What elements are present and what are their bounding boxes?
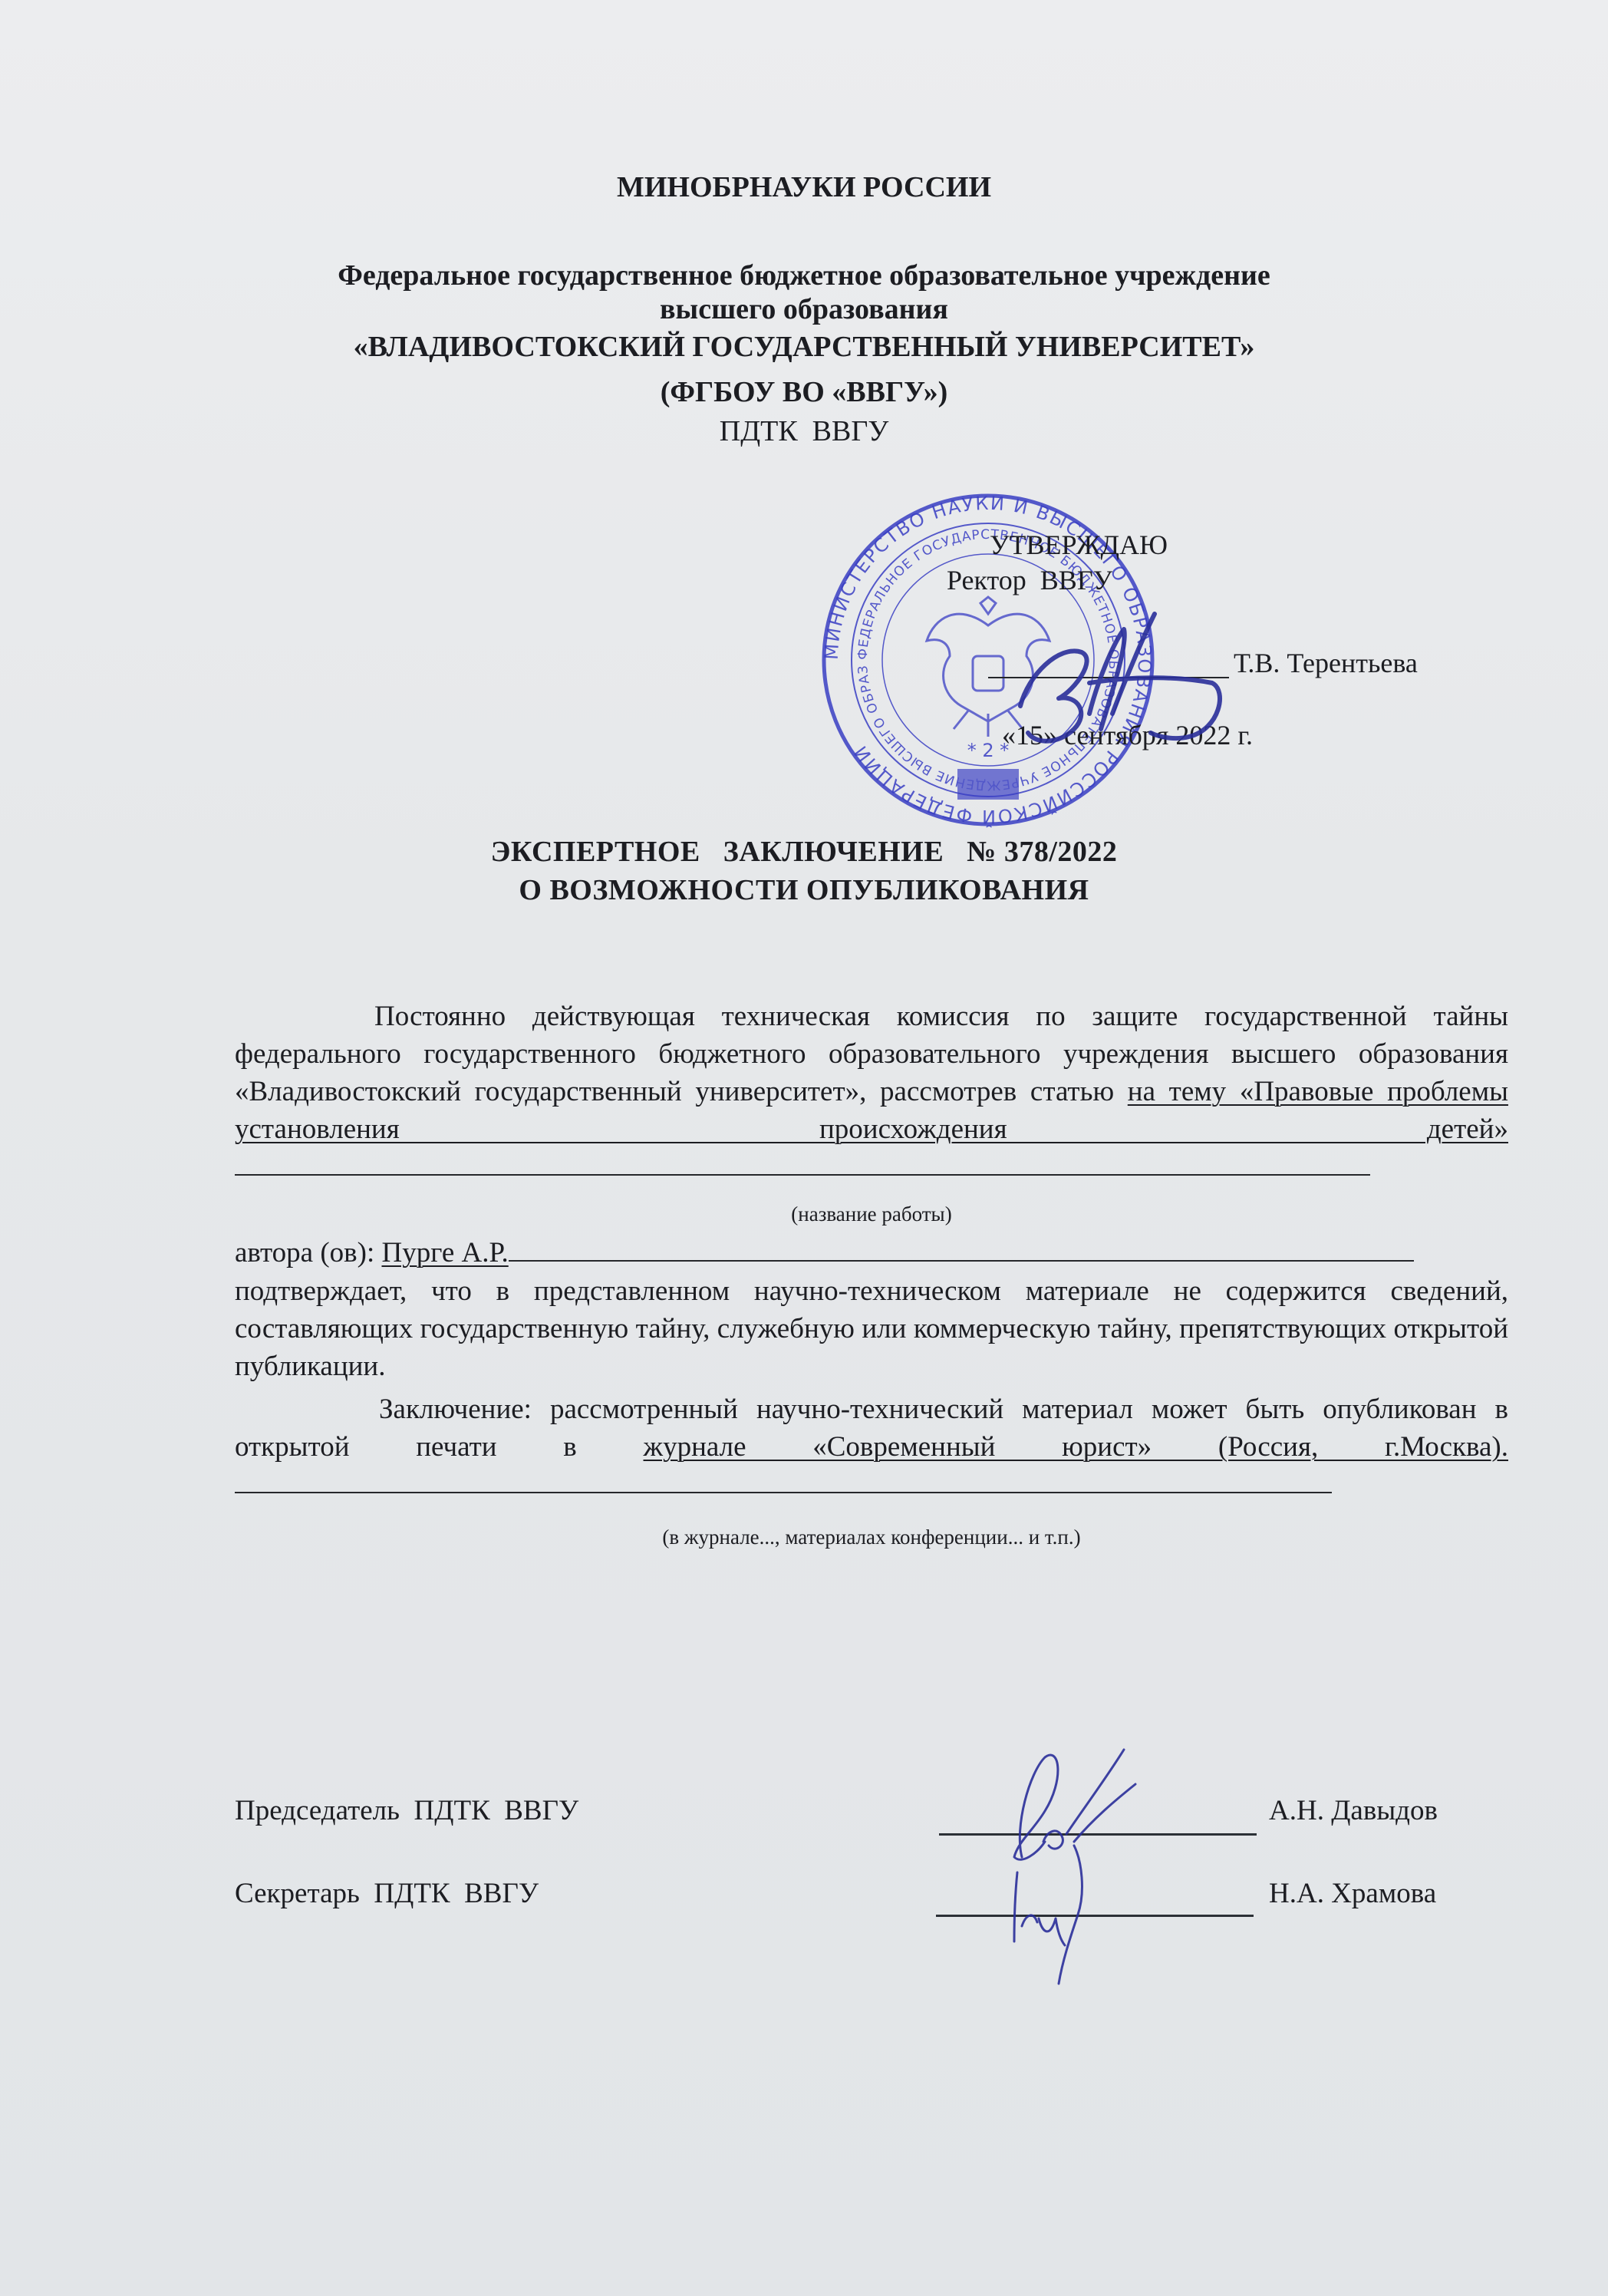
approve-word: УТВЕРЖДАЮ [990, 528, 1168, 562]
secretary-role: Секретарь ПДТК ВВГУ [235, 1877, 539, 1910]
chairman-signature-line [939, 1833, 1257, 1836]
approver-position: Ректор ВВГУ [947, 563, 1112, 597]
ministry-heading: МИНОБРНАУКИ РОССИИ [0, 170, 1608, 204]
conclusion-paragraph: Заключение: рассмотренный научно-техниче… [235, 1390, 1508, 1503]
confirmation-paragraph: подтверждает, что в представленном научн… [235, 1272, 1508, 1385]
university-name: «ВЛАДИВОСТОКСКИЙ ГОСУДАРСТВЕННЫЙ УНИВЕРС… [0, 330, 1608, 364]
author-label: автора (ов): [235, 1237, 381, 1268]
author-line: автора (ов): Пурге А.Р. [235, 1234, 1508, 1272]
secretary-signature-line [936, 1915, 1254, 1917]
publication-value: журнале «Современный юрист» (Россия, г.М… [644, 1431, 1508, 1463]
institution-line-2: высшего образования [0, 292, 1608, 326]
approver-name: Т.В. Терентьева [1234, 646, 1418, 680]
chairman-signature-icon [990, 1734, 1235, 1988]
institution-line-1: Федеральное государственное бюджетное об… [0, 259, 1608, 292]
department-name: ПДТК ВВГУ [0, 414, 1608, 448]
chairman-name: А.Н. Давыдов [1269, 1794, 1438, 1827]
work-title-fill-line [235, 1174, 1370, 1176]
chairman-role: Председатель ПДТК ВВГУ [235, 1794, 578, 1827]
publication-caption: (в журнале..., материалах конференции...… [235, 1526, 1508, 1549]
work-title-caption: (название работы) [235, 1202, 1508, 1226]
secretary-name: Н.А. Храмова [1269, 1877, 1436, 1910]
approval-date: «15» сентября 2022 г. [1002, 718, 1253, 752]
publication-fill-line [235, 1492, 1332, 1493]
document-title-number: ЭКСПЕРТНОЕ ЗАКЛЮЧЕНИЕ № 378/2022 [0, 833, 1608, 870]
university-abbreviation: (ФГБОУ ВО «ВВГУ») [0, 375, 1608, 409]
approver-signature-line [988, 677, 1229, 678]
author-fill-line [509, 1260, 1414, 1262]
document-page: МИНОБРНАУКИ РОССИИ Федеральное государст… [0, 0, 1608, 2296]
author-value: Пурге А.Р. [381, 1237, 508, 1268]
commission-paragraph: Постоянно действующая техническая комисс… [235, 998, 1508, 1186]
document-title-subject: О ВОЗМОЖНОСТИ ОПУБЛИКОВАНИЯ [0, 872, 1608, 909]
